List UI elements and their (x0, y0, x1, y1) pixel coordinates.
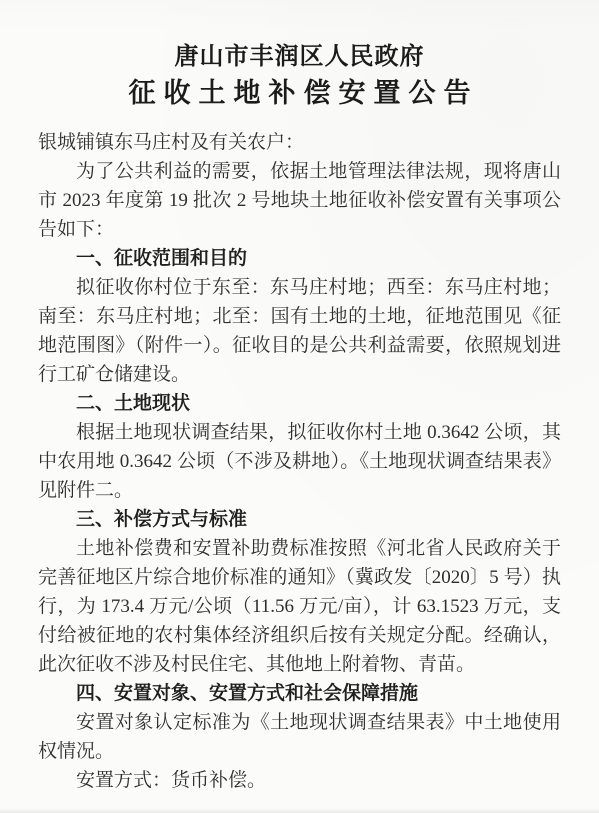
scanned-document-page: 唐山市丰润区人民政府 征收土地补偿安置公告 银城铺镇东马庄村及有关农户： 为了公… (0, 0, 599, 813)
section-4-paragraph-1: 安置对象认定标准为《土地现状调查结果表》中土地使用权情况。 (38, 708, 561, 766)
recipient-line: 银城铺镇东马庄村及有关农户： (38, 128, 561, 157)
document-body: 银城铺镇东马庄村及有关农户： 为了公共利益的需要，依据土地管理法律法规，现将唐山… (38, 128, 561, 795)
notice-title: 征收土地补偿安置公告 (0, 75, 599, 112)
section-3-paragraph-1: 土地补偿费和安置补助费标准按照《河北省人民政府关于完善征地区片综合地价标准的通知… (38, 534, 561, 679)
section-2-heading: 二、土地现状 (38, 389, 561, 418)
section-4-paragraph-2: 安置方式：货币补偿。 (38, 766, 561, 795)
section-2-paragraph-1: 根据土地现状调查结果，拟征收你村土地 0.3642 公顷，其中农用地 0.364… (38, 418, 561, 505)
document-header: 唐山市丰润区人民政府 征收土地补偿安置公告 (0, 0, 599, 112)
intro-paragraph: 为了公共利益的需要，依据土地管理法律法规，现将唐山市 2023 年度第 19 批… (38, 157, 561, 244)
section-4-heading: 四、安置对象、安置方式和社会保障措施 (38, 679, 561, 708)
issuing-authority-title: 唐山市丰润区人民政府 (0, 40, 599, 73)
section-1-paragraph-1: 拟征收你村位于东至：东马庄村地；西至：东马庄村地；南至：东马庄村地；北至：国有土… (38, 273, 561, 389)
section-3-heading: 三、补偿方式与标准 (38, 505, 561, 534)
section-1-heading: 一、征收范围和目的 (38, 244, 561, 273)
